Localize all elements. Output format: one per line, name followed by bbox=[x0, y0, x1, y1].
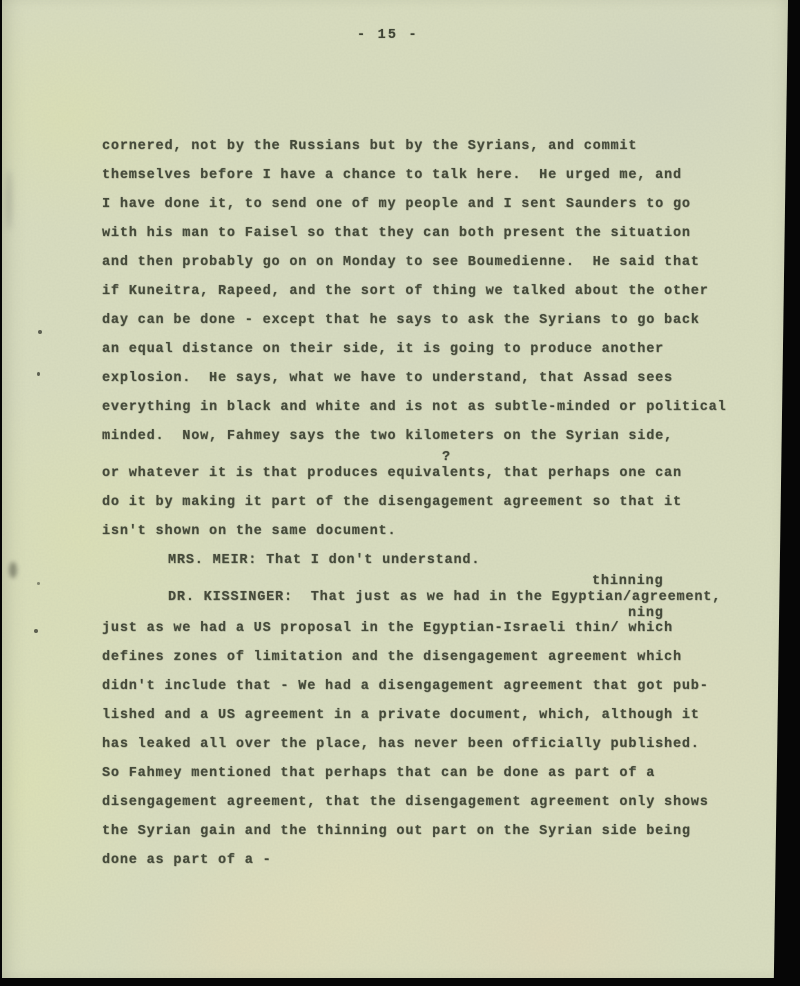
typed-line: lished and a US agreement in a private d… bbox=[102, 708, 700, 724]
typed-line: minded. Now, Fahmey says the two kilomet… bbox=[102, 429, 673, 445]
typed-line: isn't shown on the same document. bbox=[102, 524, 396, 540]
typed-line: MRS. MEIR: That I don't understand. bbox=[168, 553, 480, 569]
typed-line: everything in black and white and is not… bbox=[102, 400, 727, 416]
scan-smudge bbox=[9, 562, 17, 578]
typed-line: DR. KISSINGER: That just as we had in th… bbox=[168, 590, 721, 606]
typed-line: done as part of a - bbox=[102, 853, 272, 869]
typed-insertion: ? bbox=[442, 450, 451, 466]
scan-speck bbox=[37, 372, 40, 376]
typed-line: cornered, not by the Russians but by the… bbox=[102, 139, 637, 155]
scan-speck bbox=[37, 582, 40, 585]
typed-line: do it by making it part of the disengage… bbox=[102, 495, 682, 511]
text-layer: - 15 - cornered, not by the Russians but… bbox=[2, 0, 788, 978]
typed-line: didn't include that - We had a disengage… bbox=[102, 679, 709, 695]
typed-line: or whatever it is that produces equivale… bbox=[102, 466, 682, 482]
typed-line: themselves before I have a chance to tal… bbox=[102, 168, 682, 184]
typed-line: So Fahmey mentioned that perhaps that ca… bbox=[102, 766, 655, 782]
typed-line: the Syrian gain and the thinning out par… bbox=[102, 824, 691, 840]
paper-sheet: - 15 - cornered, not by the Russians but… bbox=[2, 0, 788, 978]
typed-line: and then probably go on on Monday to see… bbox=[102, 255, 700, 271]
typed-line: explosion. He says, what we have to unde… bbox=[102, 371, 673, 387]
page-number: - 15 - bbox=[357, 28, 419, 43]
scan-speck bbox=[34, 629, 38, 633]
typed-line: has leaked all over the place, has never… bbox=[102, 737, 700, 753]
typed-line: an equal distance on their side, it is g… bbox=[102, 342, 664, 358]
typed-insertion: thinning bbox=[592, 574, 663, 590]
scanned-document: - 15 - cornered, not by the Russians but… bbox=[0, 0, 800, 986]
typed-line: just as we had a US proposal in the Egyp… bbox=[102, 621, 673, 637]
typed-line: with his man to Faisel so that they can … bbox=[102, 226, 691, 242]
typed-insertion: ning bbox=[628, 606, 664, 622]
scan-speck bbox=[38, 330, 42, 334]
typed-line: defines zones of limitation and the dise… bbox=[102, 650, 682, 666]
typed-line: disengagement agreement, that the diseng… bbox=[102, 795, 709, 811]
typed-line: day can be done - except that he says to… bbox=[102, 313, 700, 329]
typed-line: if Kuneitra, Rapeed, and the sort of thi… bbox=[102, 284, 709, 300]
scan-smudge bbox=[6, 170, 12, 230]
typed-line: I have done it, to send one of my people… bbox=[102, 197, 691, 213]
